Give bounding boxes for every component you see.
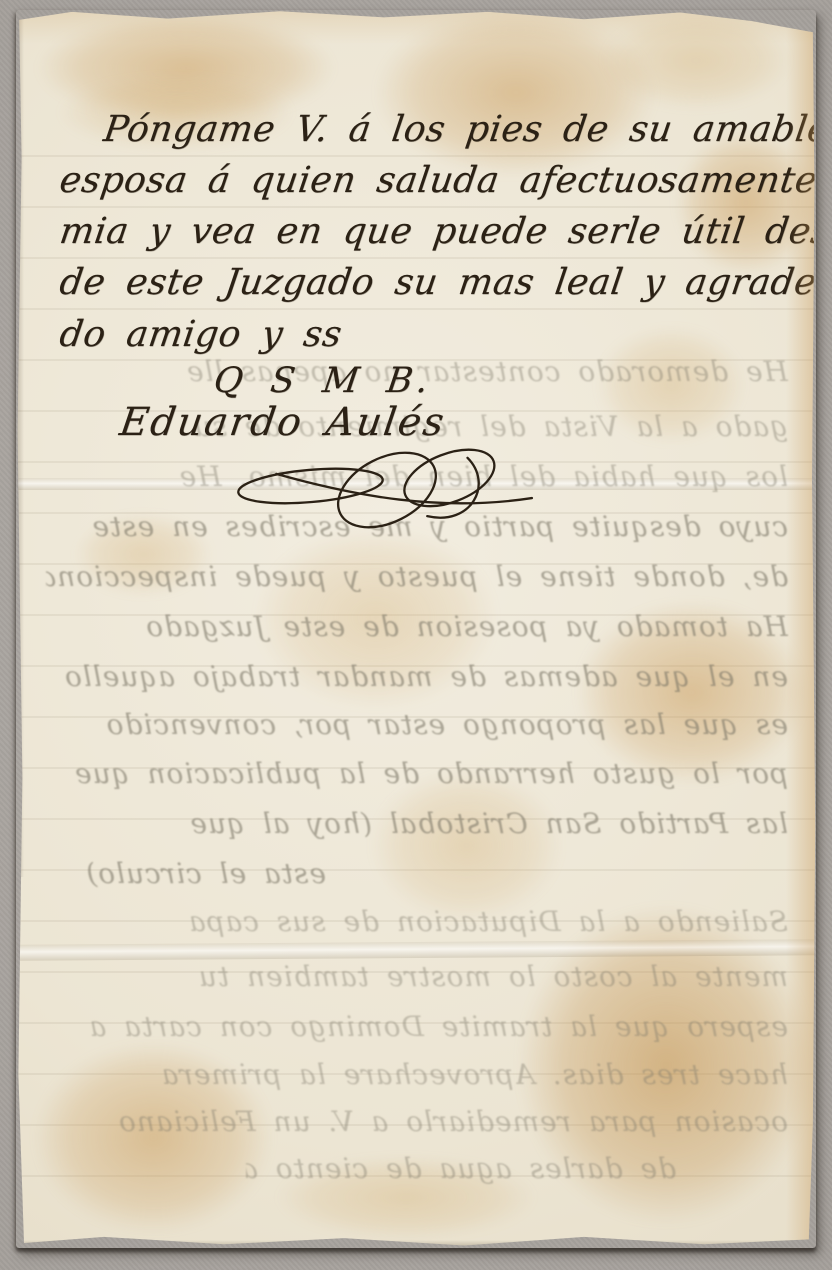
bleedthrough-line: Saliendo a la Diputacion de sus capa (46, 905, 788, 939)
bleedthrough-line: ocasion para remediarlo a V. un Felician… (46, 1105, 788, 1139)
bleedthrough-line: en el que ademas de mandar trabajo aquel… (46, 660, 788, 694)
signature-rubric-flourish-icon (234, 446, 546, 530)
bleedthrough-line: de, donde tiene el puesto y puede inspec… (46, 560, 788, 594)
bleedthrough-line: espero que la tramite Domingo con carta … (46, 1010, 788, 1044)
bleedthrough-line: esta el circulo) (56, 857, 326, 891)
letter-line: esposa á quien saluda afectuosamente la (57, 161, 816, 201)
bleedthrough-line: las Partido San Cristobal (hoy al que (46, 807, 788, 841)
bleedthrough-line: es que las propongo estar por, convencid… (46, 708, 788, 742)
letter-line: Póngame V. á los pies de su amable (101, 110, 816, 150)
bleedthrough-line: por lo gusto herrando de la publicacion … (46, 757, 788, 791)
letter-line: de este Juzgado su mas leal y agradeci (57, 263, 816, 303)
letter-paper: He demorado contestar no apenas lle gado… (16, 10, 816, 1248)
closing-formula: Q S M B. (211, 362, 434, 401)
paper-right-edge-shading (786, 10, 816, 1248)
fold-crease (16, 939, 816, 961)
bleedthrough-line: Ha tomado ya posesion de este Juzgado (46, 610, 788, 644)
scan-background: { "document_kind": "handwritten-letter-s… (0, 0, 832, 1270)
signature-name: Eduardo Aulés (117, 402, 448, 445)
letter-line: do amigo y ss (57, 315, 344, 355)
letter-line: mia y vea en que puede serle útil des (57, 212, 816, 252)
bleedthrough-line: de darles agua de ciento ando te (246, 1152, 676, 1186)
bleedthrough-line: mente al costo lo mostre tambien tu (46, 960, 788, 994)
bleedthrough-line: hace tres dias. Aprovechare la primera (46, 1058, 788, 1092)
